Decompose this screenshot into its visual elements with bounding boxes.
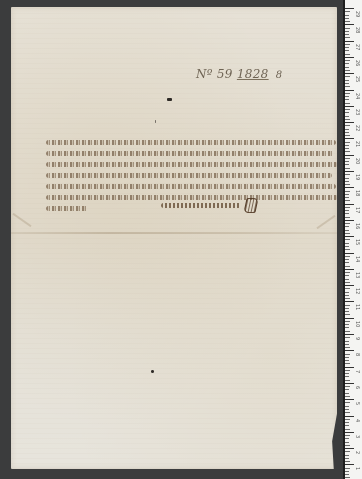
ruler-major-tick xyxy=(345,73,354,74)
ruler-minor-tick xyxy=(345,321,350,322)
ruler-major-tick xyxy=(345,187,354,188)
ruler-minor-tick xyxy=(345,34,349,35)
ruler-minor-tick xyxy=(345,194,349,195)
ruler-minor-tick xyxy=(345,83,349,84)
ruler-major-tick xyxy=(345,220,354,221)
ruler-major-tick xyxy=(345,41,354,42)
ruler-major-tick xyxy=(345,122,354,123)
ruler-minor-tick xyxy=(345,148,349,149)
ruler-minor-tick xyxy=(345,314,350,315)
ruler-label: 4 xyxy=(354,419,360,422)
ruler-minor-tick xyxy=(345,262,349,263)
ruler-minor-tick xyxy=(345,451,350,452)
ruler-minor-tick xyxy=(345,298,350,299)
ruler-major-tick xyxy=(345,8,354,9)
ruler-minor-tick xyxy=(345,243,349,244)
ruler-minor-tick xyxy=(345,380,350,381)
ruler-minor-tick xyxy=(345,142,350,143)
ruler-minor-tick xyxy=(345,226,349,227)
ruler-minor-tick xyxy=(345,341,349,342)
ruler-label: 16 xyxy=(354,223,360,229)
ruler-major-tick xyxy=(345,24,354,25)
ruler-major-tick xyxy=(345,285,354,286)
reference-number: Nº 59 1828 8 xyxy=(196,67,282,81)
ruler-minor-tick xyxy=(345,31,349,32)
signature-text: [illegible signature with rubric] xyxy=(161,203,241,208)
ruler-major-tick xyxy=(345,334,354,335)
ruler-major-tick xyxy=(345,57,354,58)
ruler-minor-tick xyxy=(345,37,350,38)
ruler-label: 11 xyxy=(354,304,360,310)
script-line: [illegible handwritten cursive — line 1] xyxy=(46,137,346,148)
ruler-label: 22 xyxy=(354,125,360,131)
ruler-label: 23 xyxy=(354,109,360,115)
ruler-major-tick xyxy=(345,350,354,351)
ruler-label: 3 xyxy=(354,435,360,438)
ruler-minor-tick xyxy=(345,197,349,198)
ruler-minor-tick xyxy=(345,272,350,273)
ruler-minor-tick xyxy=(345,210,349,211)
ruler-minor-tick xyxy=(345,28,350,29)
ruler-minor-tick xyxy=(345,266,350,267)
ruler-minor-tick xyxy=(345,230,349,231)
ruler-label: 8 xyxy=(354,353,360,356)
signature: [illegible signature with rubric] xyxy=(161,201,251,210)
ruler-minor-tick xyxy=(345,80,349,81)
ruler-minor-tick xyxy=(345,96,349,97)
ruler-minor-tick xyxy=(345,112,349,113)
ruler-major-tick xyxy=(345,236,354,237)
ruler-minor-tick xyxy=(345,50,349,51)
ruler-minor-tick xyxy=(345,331,350,332)
ruler-major-tick xyxy=(345,155,354,156)
ruler-minor-tick xyxy=(345,327,349,328)
ruler-minor-tick xyxy=(345,129,349,130)
ruler-minor-tick xyxy=(345,409,349,410)
ruler-minor-tick xyxy=(345,21,350,22)
ruler-label: 12 xyxy=(354,288,360,294)
ruler-minor-tick xyxy=(345,63,349,64)
ruler-minor-tick xyxy=(345,259,349,260)
ruler-minor-tick xyxy=(345,363,350,364)
fold-corner-left xyxy=(12,213,31,227)
ruler-label: 27 xyxy=(354,44,360,50)
ruler-minor-tick xyxy=(345,282,350,283)
ruler-minor-tick xyxy=(345,458,349,459)
ruler-minor-tick xyxy=(345,461,350,462)
horizontal-fold-line xyxy=(11,232,337,234)
ruler-minor-tick xyxy=(345,109,350,110)
ruler-major-tick xyxy=(345,399,354,400)
ruler-minor-tick xyxy=(345,445,350,446)
ruler-minor-tick xyxy=(345,54,350,55)
ruler-major-tick xyxy=(345,464,354,465)
ruler-minor-tick xyxy=(345,337,350,338)
script-line: [illegible handwritten cursive — line 2] xyxy=(46,148,346,159)
ruler-minor-tick xyxy=(345,468,350,469)
ruler-minor-tick xyxy=(345,292,349,293)
ruler-minor-tick xyxy=(345,184,350,185)
ruler-minor-tick xyxy=(345,223,350,224)
ruler-minor-tick xyxy=(345,357,349,358)
ruler-major-tick xyxy=(345,106,354,107)
ruler-minor-tick xyxy=(345,233,350,234)
script-line: [illegible handwritten cursive — line 5] xyxy=(46,181,346,192)
ruler-minor-tick xyxy=(345,200,350,201)
ruler-minor-tick xyxy=(345,422,349,423)
ref-year: 1828 xyxy=(237,67,269,81)
ruler-minor-tick xyxy=(345,93,350,94)
ruler-minor-tick xyxy=(345,425,349,426)
ruler-minor-tick xyxy=(345,178,349,179)
ruler-minor-tick xyxy=(345,438,349,439)
ruler-major-tick xyxy=(345,367,354,368)
ruler-minor-tick xyxy=(345,308,349,309)
ruler-minor-tick xyxy=(345,393,349,394)
ruler-minor-tick xyxy=(345,11,350,12)
ruler-major-tick xyxy=(345,448,354,449)
ruler-minor-tick xyxy=(345,305,350,306)
ruler-label: 25 xyxy=(354,76,360,82)
ruler-major-tick xyxy=(345,383,354,384)
ruler-minor-tick xyxy=(345,396,350,397)
ruler-label: 1 xyxy=(354,467,360,470)
ruler-label: 21 xyxy=(354,141,360,147)
ruler-label: 14 xyxy=(354,256,360,262)
ref-suffix: 8 xyxy=(276,70,283,81)
ruler-label: 18 xyxy=(354,190,360,196)
ruler-major-tick xyxy=(345,432,354,433)
ruler-minor-tick xyxy=(345,239,350,240)
ruler-minor-tick xyxy=(345,158,350,159)
ruler-minor-tick xyxy=(345,324,349,325)
ruler-minor-tick xyxy=(345,164,349,165)
ink-speck xyxy=(155,120,156,123)
ruler-label: 28 xyxy=(354,27,360,33)
ruler-major-tick xyxy=(345,90,354,91)
ruler-minor-tick xyxy=(345,174,350,175)
ruler-label: 29 xyxy=(354,11,360,17)
ruler-minor-tick xyxy=(345,347,350,348)
ruler-minor-tick xyxy=(345,86,350,87)
ref-number-value: 59 xyxy=(217,67,233,81)
ruler-minor-tick xyxy=(345,412,350,413)
ruler-label: 20 xyxy=(354,158,360,164)
ruler-minor-tick xyxy=(345,376,349,377)
ruler-minor-tick xyxy=(345,99,349,100)
ruler-minor-tick xyxy=(345,168,350,169)
ruler-label: 2 xyxy=(354,451,360,454)
ruler-minor-tick xyxy=(345,275,349,276)
ruler-minor-tick xyxy=(345,419,350,420)
ruler-minor-tick xyxy=(345,125,350,126)
ruler-minor-tick xyxy=(345,373,349,374)
ruler-minor-tick xyxy=(345,60,350,61)
ruler-label: 26 xyxy=(354,60,360,66)
ruler-minor-tick xyxy=(345,213,349,214)
ruler-label: 19 xyxy=(354,174,360,180)
ruler-minor-tick xyxy=(345,145,349,146)
ruler-minor-tick xyxy=(345,76,350,77)
ruler-minor-tick xyxy=(345,279,349,280)
ruler-minor-tick xyxy=(345,70,350,71)
ruler-minor-tick xyxy=(345,119,350,120)
ruler-minor-tick xyxy=(345,311,349,312)
ruler-major-tick xyxy=(345,416,354,417)
ruler-minor-tick xyxy=(345,360,349,361)
ruler-minor-tick xyxy=(345,18,349,19)
ruler-minor-tick xyxy=(345,47,349,48)
ruler-label: 10 xyxy=(354,321,360,327)
ruler-minor-tick xyxy=(345,402,350,403)
ruler-label: 24 xyxy=(354,93,360,99)
ruler-minor-tick xyxy=(345,256,350,257)
ruler-label: 17 xyxy=(354,207,360,213)
ruler-label: 6 xyxy=(354,386,360,389)
ruler-minor-tick xyxy=(345,354,350,355)
ruler-minor-tick xyxy=(345,477,350,478)
ruler-minor-tick xyxy=(345,295,349,296)
ruler-minor-tick xyxy=(345,429,350,430)
ruler-minor-tick xyxy=(345,151,350,152)
ruler-major-tick xyxy=(345,269,354,270)
ruler-minor-tick xyxy=(345,435,350,436)
ruler-major-tick xyxy=(345,204,354,205)
ruler-major-tick xyxy=(345,253,354,254)
ruler-minor-tick xyxy=(345,191,350,192)
script-line: [illegible handwritten cursive — line 4] xyxy=(46,170,346,181)
ink-speck-lower xyxy=(151,370,154,373)
ruler-minor-tick xyxy=(345,370,350,371)
ruler-minor-tick xyxy=(345,207,350,208)
ruler-major-tick xyxy=(345,138,354,139)
ruler-minor-tick xyxy=(345,386,350,387)
ruler-minor-tick xyxy=(345,103,350,104)
ruler-label: 7 xyxy=(354,370,360,373)
ruler-minor-tick xyxy=(345,246,349,247)
ruler-minor-tick xyxy=(345,442,349,443)
ruler-minor-tick xyxy=(345,288,350,289)
ruler-label: 5 xyxy=(354,402,360,405)
ruler-minor-tick xyxy=(345,15,349,16)
ruler-major-tick xyxy=(345,318,354,319)
measurement-ruler: 2928272625242322212019181716151413121110… xyxy=(343,0,362,479)
ruler-label: 13 xyxy=(354,272,360,278)
ruler-minor-tick xyxy=(345,181,349,182)
ruler-minor-tick xyxy=(345,67,349,68)
ruler-minor-tick xyxy=(345,135,350,136)
ruler-minor-tick xyxy=(345,344,349,345)
ruler-label: 15 xyxy=(354,239,360,245)
ruler-minor-tick xyxy=(345,471,349,472)
ruler-minor-tick xyxy=(345,161,349,162)
ruler-label: 9 xyxy=(354,337,360,340)
ruler-minor-tick xyxy=(345,389,349,390)
ruler-minor-tick xyxy=(345,132,349,133)
ruler-minor-tick xyxy=(345,217,350,218)
script-line: [illegible handwritten cursive — line 3] xyxy=(46,159,346,170)
manuscript-page: Nº 59 1828 8 [illegible handwritten curs… xyxy=(11,7,337,469)
ruler-major-tick xyxy=(345,171,354,172)
ink-blot xyxy=(167,98,172,101)
ruler-minor-tick xyxy=(345,116,349,117)
ref-prefix: Nº xyxy=(196,67,213,81)
ruler-minor-tick xyxy=(345,406,349,407)
ruler-minor-tick xyxy=(345,44,350,45)
ruler-minor-tick xyxy=(345,455,349,456)
ruler-major-tick xyxy=(345,301,354,302)
ruler-minor-tick xyxy=(345,249,350,250)
ruler-minor-tick xyxy=(345,474,349,475)
fold-corner-right xyxy=(316,215,335,229)
